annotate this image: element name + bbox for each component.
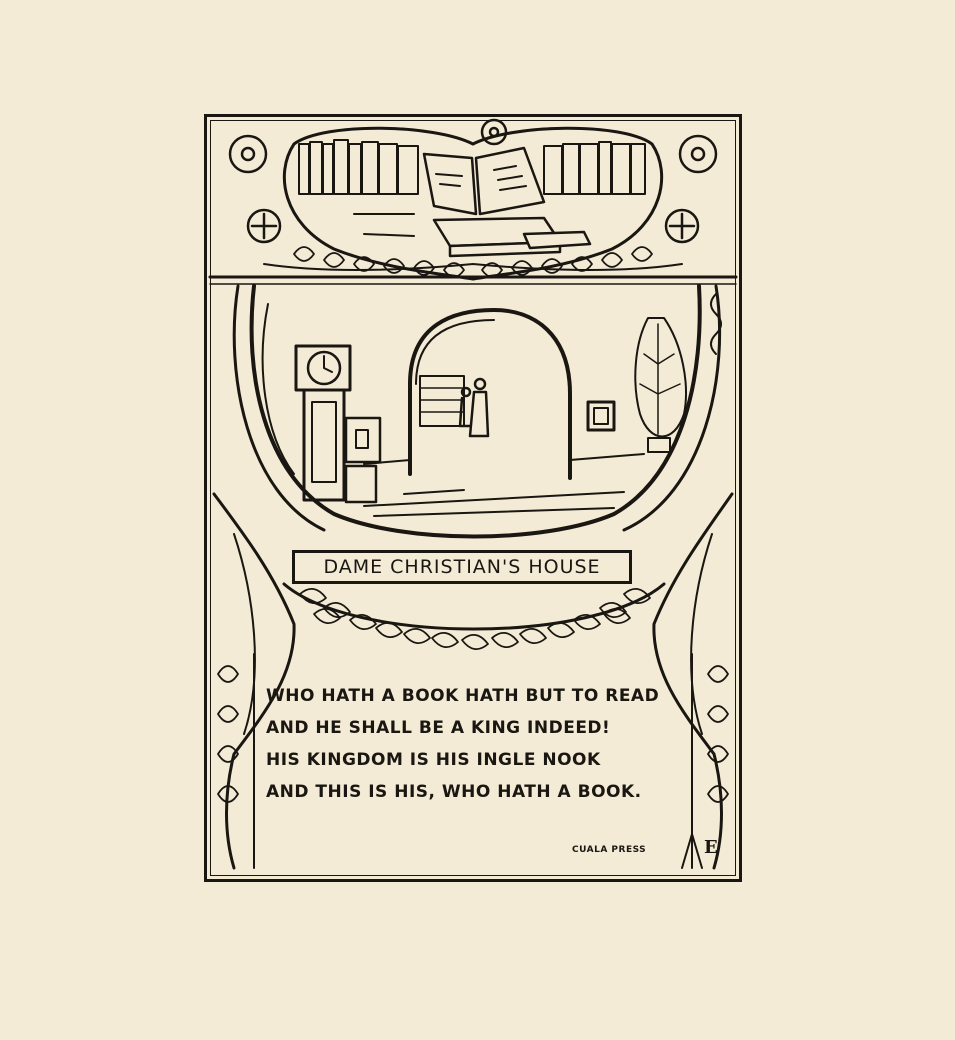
verse-line-1: WHO HATH A BOOK HATH BUT TO READ — [266, 680, 686, 712]
verse-line-3: HIS KINGDOM IS HIS INGLE NOOK — [266, 744, 686, 776]
press-mark: CUALA PRESS — [572, 845, 646, 855]
artist-monogram: E — [704, 837, 718, 858]
bookplate: DAME CHRISTIAN'S HOUSE WHO HATH A BOOK H… — [204, 114, 742, 882]
verse-line-2: AND HE SHALL BE A KING INDEED! — [266, 712, 686, 744]
verse-block: WHO HATH A BOOK HATH BUT TO READ AND HE … — [266, 680, 686, 808]
house-name: DAME CHRISTIAN'S HOUSE — [323, 556, 600, 578]
house-name-banner: DAME CHRISTIAN'S HOUSE — [292, 550, 632, 584]
verse-line-4: AND THIS IS HIS, WHO HATH A BOOK. — [266, 776, 686, 808]
